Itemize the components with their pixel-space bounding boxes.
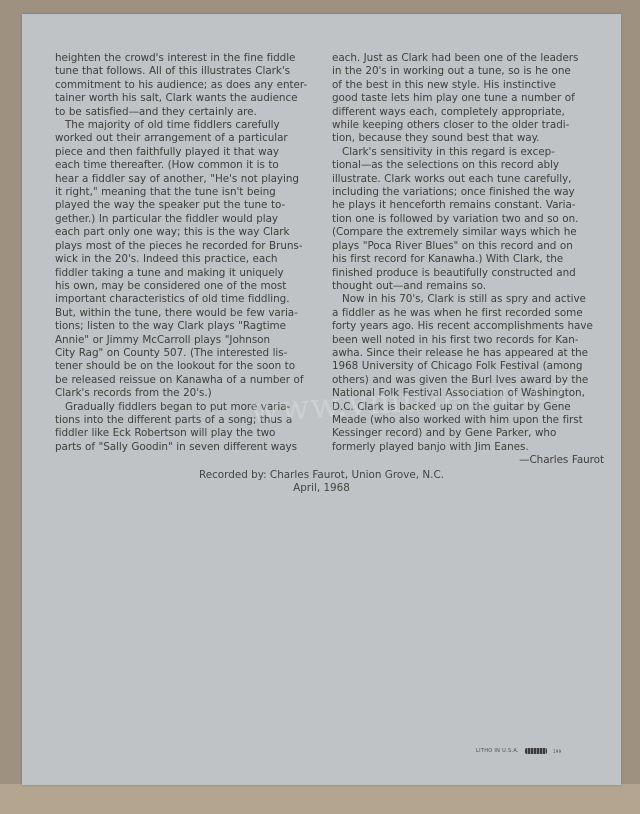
text-line: 1968 University of Chicago Folk Festival…: [332, 360, 614, 373]
text-line: plays "Poca River Blues" on this record …: [332, 240, 614, 253]
text-line: been well noted in his first two records…: [332, 334, 614, 347]
text-line: each. Just as Clark had been one of the …: [332, 52, 614, 65]
text-line: Now in his 70's, Clark is still as spry …: [332, 293, 614, 306]
text-line: of the best in this new style. His insti…: [332, 79, 614, 92]
text-line: tional—as the selections on this record …: [332, 159, 614, 172]
text-line: Annie" or Jimmy McCarroll plays "Johnson: [55, 334, 335, 347]
text-line: tener should be on the lookout for the s…: [55, 360, 335, 373]
union-label-icon: [525, 748, 547, 754]
text-line: D.C. Clark is backed up on the guitar by…: [332, 401, 614, 414]
litho-text: LITHO IN U.S.A.: [476, 748, 519, 754]
text-line: be released reissue on Kanawha of a numb…: [55, 374, 335, 387]
text-line: finished produce is beautifully construc…: [332, 267, 614, 280]
text-line: worked out their arrangement of a partic…: [55, 132, 335, 145]
text-line: heighten the crowd's interest in the fin…: [55, 52, 335, 65]
union-bug-number: 199: [553, 749, 562, 754]
text-line: Meade (who also worked with him upon the…: [332, 414, 614, 427]
author-signature: —Charles Faurot: [332, 454, 614, 467]
background-surface: [0, 784, 640, 814]
text-line: parts of "Sally Goodin" in seven differe…: [55, 441, 335, 454]
text-line: forty years ago. His recent accomplishme…: [332, 320, 614, 333]
text-line: National Folk Festival Association of Wa…: [332, 387, 614, 400]
text-line: The majority of old time fiddlers carefu…: [55, 119, 335, 132]
text-line: (Compare the extremely similar ways whic…: [332, 226, 614, 239]
text-line: tions; listen to the way Clark plays "Ra…: [55, 320, 335, 333]
text-line: fiddler taking a tune and making it uniq…: [55, 267, 335, 280]
text-line: Kessinger record) and by Gene Parker, wh…: [332, 427, 614, 440]
text-line: it right," meaning that the tune isn't b…: [55, 186, 335, 199]
text-line: tions into the different parts of a song…: [55, 414, 335, 427]
text-line: in the 20's in working out a tune, so is…: [332, 65, 614, 78]
text-line: different ways each, completely appropri…: [332, 106, 614, 119]
text-line: Gradually fiddlers began to put more var…: [55, 401, 335, 414]
text-line: a fiddler as he was when he first record…: [332, 307, 614, 320]
text-line: others) and was given the Burl Ives awar…: [332, 374, 614, 387]
text-line: gether.) In particular the fiddler would…: [55, 213, 335, 226]
text-line: illustrate. Clark works out each tune ca…: [332, 173, 614, 186]
text-line: his first record for Kanawha.) With Clar…: [332, 253, 614, 266]
text-line: plays most of the pieces he recorded for…: [55, 240, 335, 253]
recorded-by-line: Recorded by: Charles Faurot, Union Grove…: [22, 469, 621, 482]
liner-notes-sheet: heighten the crowd's interest in the fin…: [22, 14, 621, 785]
text-line: But, within the tune, there would be few…: [55, 307, 335, 320]
text-line: hear a fiddler say of another, "He's not…: [55, 173, 335, 186]
text-line: he plays it henceforth remains constant.…: [332, 199, 614, 212]
text-line: tion, because they sound best that way.: [332, 132, 614, 145]
text-line: thought out—and remains so.: [332, 280, 614, 293]
text-line: wick in the 20's. Indeed this practice, …: [55, 253, 335, 266]
text-line: fiddler like Eck Robertson will play the…: [55, 427, 335, 440]
text-line: formerly played banjo with Jim Eanes.: [332, 441, 614, 454]
left-text-column: heighten the crowd's interest in the fin…: [55, 52, 335, 454]
text-line: tion one is followed by variation two an…: [332, 213, 614, 226]
text-line: important characteristics of old time fi…: [55, 293, 335, 306]
text-line: City Rag" on County 507. (The interested…: [55, 347, 335, 360]
recording-date: April, 1968: [22, 482, 621, 495]
text-line: his own, may be considered one of the mo…: [55, 280, 335, 293]
text-line: to be satisfied—and they certainly are.: [55, 106, 335, 119]
recording-credits: Recorded by: Charles Faurot, Union Grove…: [22, 469, 621, 496]
right-text-column: each. Just as Clark had been one of the …: [332, 52, 614, 468]
text-line: while keeping others closer to the older…: [332, 119, 614, 132]
text-line: Clark's records from the 20's.): [55, 387, 335, 400]
text-line: commitment to his audience; as does any …: [55, 79, 335, 92]
text-line: tainer worth his salt, Clark wants the a…: [55, 92, 335, 105]
text-line: tune that follows. All of this illustrat…: [55, 65, 335, 78]
text-line: piece and then faithfully played it that…: [55, 146, 335, 159]
text-line: Clark's sensitivity in this regard is ex…: [332, 146, 614, 159]
text-line: including the variations; once finished …: [332, 186, 614, 199]
text-line: each time thereafter. (How common it is …: [55, 159, 335, 172]
text-line: each part only one way; this is the way …: [55, 226, 335, 239]
text-line: good taste lets him play one tune a numb…: [332, 92, 614, 105]
printer-mark: LITHO IN U.S.A. 199: [476, 748, 561, 754]
text-line: played the way the speaker put the tune …: [55, 199, 335, 212]
text-line: awha. Since their release he has appeare…: [332, 347, 614, 360]
